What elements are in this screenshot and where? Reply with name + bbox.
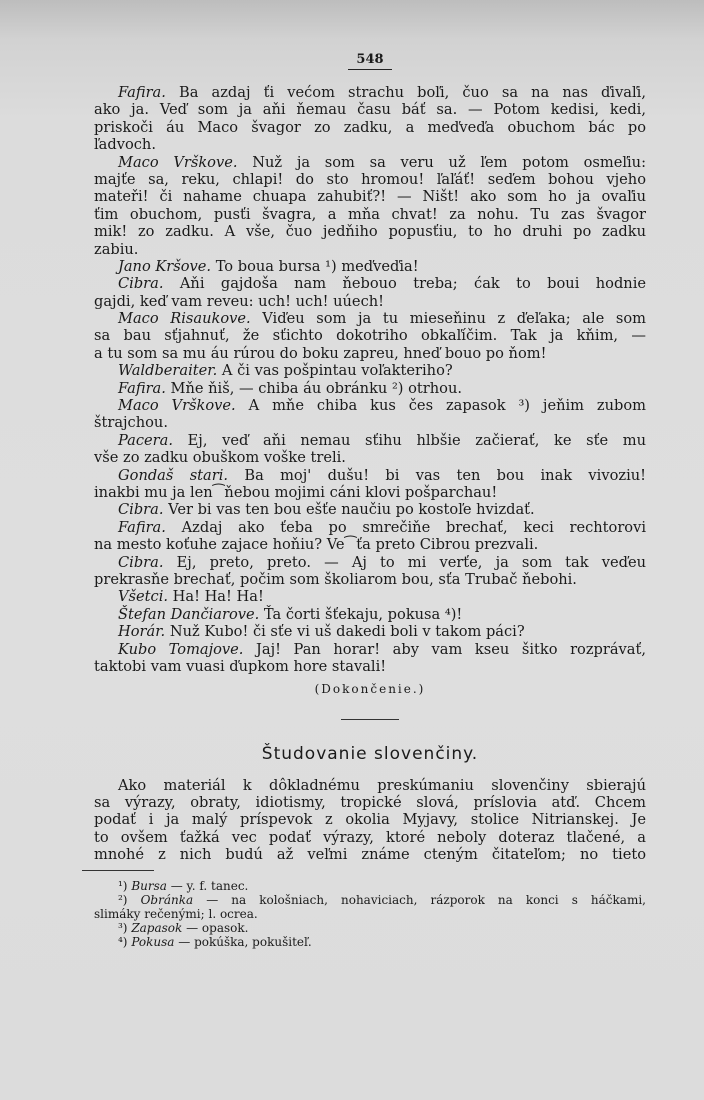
dialogue-line: majťe sa, reku, chlapi! do sto hromou! ľ… [94, 171, 646, 188]
dialogue-line: štrajchou. [94, 414, 646, 431]
dialogue-line-speaker: Cibra. Aňi gajdoša nam ňebouo treba; ćak… [94, 275, 646, 292]
dialogue-text: Ver bi vas ten bou ešťe naučiu po kostoľ… [164, 501, 535, 518]
dialogue-text: Ba moj' dušu! bi vas ten bou inak vivozi… [228, 467, 646, 484]
speaker-name: Fafira. [118, 519, 166, 536]
dialogue-body: Fafira. Ba azdaj ťi većom strachu boľi, … [94, 84, 646, 675]
document-page: 548 Fafira. Ba azdaj ťi većom strachu bo… [94, 52, 646, 950]
dialogue-line-speaker: Gondaš stari. Ba moj' dušu! bi vas ten b… [94, 467, 646, 484]
dialogue-text: zabiu. [94, 241, 138, 258]
dialogue-line: ťim obuchom, pusťi švagra, a mňa chvat! … [94, 206, 646, 223]
dialogue-line-speaker: Štefan Dančiarove. Ťa čorti šťekaju, pok… [94, 606, 646, 623]
dialogue-line: zabiu. [94, 241, 646, 258]
dialogue-line-speaker: Pacera. Ej, veď aňi nemau sťihu hlbšie z… [94, 432, 646, 449]
dialogue-line-speaker: Cibra. Ej, preto, preto. — Aj to mi verť… [94, 554, 646, 571]
page-number: 548 [94, 52, 646, 70]
dialogue-text: Nuž ja som sa veru už ľem potom osmeľiu: [238, 154, 647, 171]
dialogue-text: A či vas pošpintau voľakteriho? [217, 362, 452, 379]
speaker-name: Gondaš stari. [118, 467, 228, 484]
dialogue-text: Nuž Kubo! či sťe vi uš dakedi boli v tak… [165, 623, 524, 640]
speaker-name: Cibra. [118, 501, 164, 518]
footnotes: ¹) Bursa — y. f. tanec.²) Obránka — na k… [94, 879, 646, 950]
section-paragraph: Ako materiál k dôkladnému preskúmaniu sl… [94, 777, 646, 864]
speaker-name: Maco Vrškove. [118, 154, 238, 171]
dialogue-text: ľadvoch. [94, 136, 156, 153]
dialogue-text: Ej, preto, preto. — Aj to mi verťe, ja s… [164, 554, 647, 571]
footnote-mark: ¹) [118, 879, 131, 893]
footnote-text: — y. f. tanec. [167, 879, 248, 893]
speaker-name: Cibra. [118, 275, 164, 292]
dialogue-line: na mesto koťuhe zajace hoňiu? Ve⁀ťa pret… [94, 536, 646, 553]
footnote-term: Zapasok [131, 921, 182, 935]
speaker-name: Jano Kršove. [118, 258, 211, 275]
speaker-name: Maco Risaukove. [118, 310, 251, 327]
speaker-name: Fafira. [118, 84, 166, 101]
footnote: ⁴) Pokusa — pokúška, pokušiteľ. [94, 935, 646, 949]
dialogue-line-speaker: Waldberaiter. A či vas pošpintau voľakte… [94, 362, 646, 379]
dialogue-line-speaker: Kubo Tomajove. Jaj! Pan horar! aby vam k… [94, 641, 646, 658]
speaker-name: Maco Vrškove. [118, 397, 236, 414]
dialogue-text: vše zo zadku obuškom voške treli. [94, 449, 346, 466]
speaker-name: Waldberaiter. [118, 362, 217, 379]
footnote: ¹) Bursa — y. f. tanec. [94, 879, 646, 893]
dialogue-text: Ha! Ha! Ha! [168, 588, 264, 605]
dialogue-text: Jaj! Pan horar! aby vam kseu šitko rozpr… [243, 641, 646, 658]
dialogue-line-speaker: Maco Vrškove. Nuž ja som sa veru už ľem … [94, 154, 646, 171]
footnote-text: — na kološniach, nohaviciach, rázporok n… [193, 893, 646, 907]
dialogue-text: priskoči áu Maco švagor zo zadku, a meďv… [94, 119, 646, 136]
speaker-name: Cibra. [118, 554, 164, 571]
footnote-continuation: slimáky rečenými; l. ocrea. [94, 907, 646, 921]
footnote-text: — opasok. [182, 921, 248, 935]
dialogue-text: Ba azdaj ťi većom strachu boľi, čuo sa n… [166, 84, 646, 101]
section-divider [341, 719, 399, 720]
dialogue-line-speaker: Cibra. Ver bi vas ten bou ešťe naučiu po… [94, 501, 646, 518]
paragraph-line: podať i ja malý príspevok z okolia Myjav… [94, 811, 646, 828]
footnote-text: — pokúška, pokušiteľ. [174, 935, 311, 949]
dialogue-line: sa bau sťjahnuť, že sťichto dokotriho ob… [94, 327, 646, 344]
continuation-note: (Dokončenie.) [94, 681, 646, 698]
dialogue-text: ťim obuchom, pusťi švagra, a mňa chvat! … [94, 206, 646, 223]
dialogue-line: taktobi vam vuasi ďupkom hore stavali! [94, 658, 646, 675]
footnote-term: Pokusa [131, 935, 174, 949]
speaker-name: Štefan Dančiarove. [118, 606, 259, 623]
dialogue-line-speaker: Maco Risaukove. Viďeu som ja tu mieseňin… [94, 310, 646, 327]
speaker-name: Všetci. [118, 588, 168, 605]
dialogue-line-speaker: Všetci. Ha! Ha! Ha! [94, 588, 646, 605]
dialogue-text: mateři! či nahame chuapa zahubiť?! — Niš… [94, 188, 646, 205]
dialogue-text: ako ja. Veď som ja aňi ňemau času báť sa… [94, 101, 646, 118]
dialogue-line: ako ja. Veď som ja aňi ňemau času báť sa… [94, 101, 646, 118]
footnote-term: Bursa [131, 879, 167, 893]
dialogue-text: a tu som sa mu áu rúrou do boku zapreu, … [94, 345, 546, 362]
dialogue-line-speaker: Jano Kršove. To boua bursa ¹) meďveďia! [94, 258, 646, 275]
paragraph-line: mnohé z nich budú až veľmi známe ctеným … [94, 846, 646, 863]
speaker-name: Kubo Tomajove. [118, 641, 243, 658]
dialogue-text: štrajchou. [94, 414, 168, 431]
paragraph-line: to ovšem ťažká vec podať výrazy, ktoré n… [94, 829, 646, 846]
footnote-mark: ³) [118, 921, 131, 935]
footnote-divider [82, 870, 154, 871]
dialogue-text: gajdi, keď vam reveu: uch! uch! uúech! [94, 293, 384, 310]
dialogue-text: taktobi vam vuasi ďupkom hore stavali! [94, 658, 386, 675]
dialogue-line-speaker: Fafira. Ba azdaj ťi većom strachu boľi, … [94, 84, 646, 101]
dialogue-line: mateři! či nahame chuapa zahubiť?! — Niš… [94, 188, 646, 205]
dialogue-text: Ej, veď aňi nemau sťihu hlbšie začierať,… [173, 432, 646, 449]
dialogue-text: Mňe ňiš, — chiba áu obránku ²) otrhou. [166, 380, 462, 397]
dialogue-text: inakbi mu ja len⁀ňebou mojimi cáni klovi… [94, 484, 497, 501]
dialogue-text: mik! zo zadku. A vše, čuo jedňiho popusť… [94, 223, 646, 240]
dialogue-line-speaker: Horár. Nuž Kubo! či sťe vi uš dakedi bol… [94, 623, 646, 640]
dialogue-line: priskoči áu Maco švagor zo zadku, a meďv… [94, 119, 646, 136]
paragraph-line: Ako materiál k dôkladnému preskúmaniu sl… [94, 777, 646, 794]
paragraph-line: sa výrazy, obraty, idiotismy, tropické s… [94, 794, 646, 811]
dialogue-text: majťe sa, reku, chlapi! do sto hromou! ľ… [94, 171, 646, 188]
dialogue-text: sa bau sťjahnuť, že sťichto dokotriho ob… [94, 327, 646, 344]
dialogue-text: Viďeu som ja tu mieseňinu z ďeľaka; ale … [251, 310, 646, 327]
section-heading: Študovanie slovenčiny. [94, 744, 646, 764]
dialogue-line: gajdi, keď vam reveu: uch! uch! uúech! [94, 293, 646, 310]
speaker-name: Horár. [118, 623, 165, 640]
dialogue-line: prekrasňe brechať, počim som školiarom b… [94, 571, 646, 588]
footnote: ²) Obránka — na kološniach, nohaviciach,… [94, 893, 646, 907]
dialogue-line-speaker: Fafira. Mňe ňiš, — chiba áu obránku ²) o… [94, 380, 646, 397]
dialogue-line: mik! zo zadku. A vše, čuo jedňiho popusť… [94, 223, 646, 240]
dialogue-text: na mesto koťuhe zajace hoňiu? Ve⁀ťa pret… [94, 536, 538, 553]
speaker-name: Pacera. [118, 432, 173, 449]
dialogue-line-speaker: Maco Vrškove. A mňe chiba kus čes zapaso… [94, 397, 646, 414]
dialogue-line: inakbi mu ja len⁀ňebou mojimi cáni klovi… [94, 484, 646, 501]
footnote: ³) Zapasok — opasok. [94, 921, 646, 935]
dialogue-text: To boua bursa ¹) meďveďia! [211, 258, 419, 275]
dialogue-text: Azdaj ako ťeba po smrečiňe brechať, keci… [166, 519, 646, 536]
footnote-mark: ⁴) [118, 935, 131, 949]
dialogue-text: A mňe chiba kus čes zapasok ³) jeňim zub… [236, 397, 646, 414]
dialogue-text: Aňi gajdoša nam ňebouo treba; ćak to bou… [164, 275, 647, 292]
dialogue-line-speaker: Fafira. Azdaj ako ťeba po smrečiňe brech… [94, 519, 646, 536]
dialogue-line: vše zo zadku obuškom voške treli. [94, 449, 646, 466]
speaker-name: Fafira. [118, 380, 166, 397]
dialogue-text: Ťa čorti šťekaju, pokusa ⁴)! [259, 606, 462, 623]
footnote-term: Obránka [141, 893, 194, 907]
footnote-mark: ²) [118, 893, 141, 907]
dialogue-line: ľadvoch. [94, 136, 646, 153]
dialogue-text: prekrasňe brechať, počim som školiarom b… [94, 571, 577, 588]
dialogue-line: a tu som sa mu áu rúrou do boku zapreu, … [94, 345, 646, 362]
